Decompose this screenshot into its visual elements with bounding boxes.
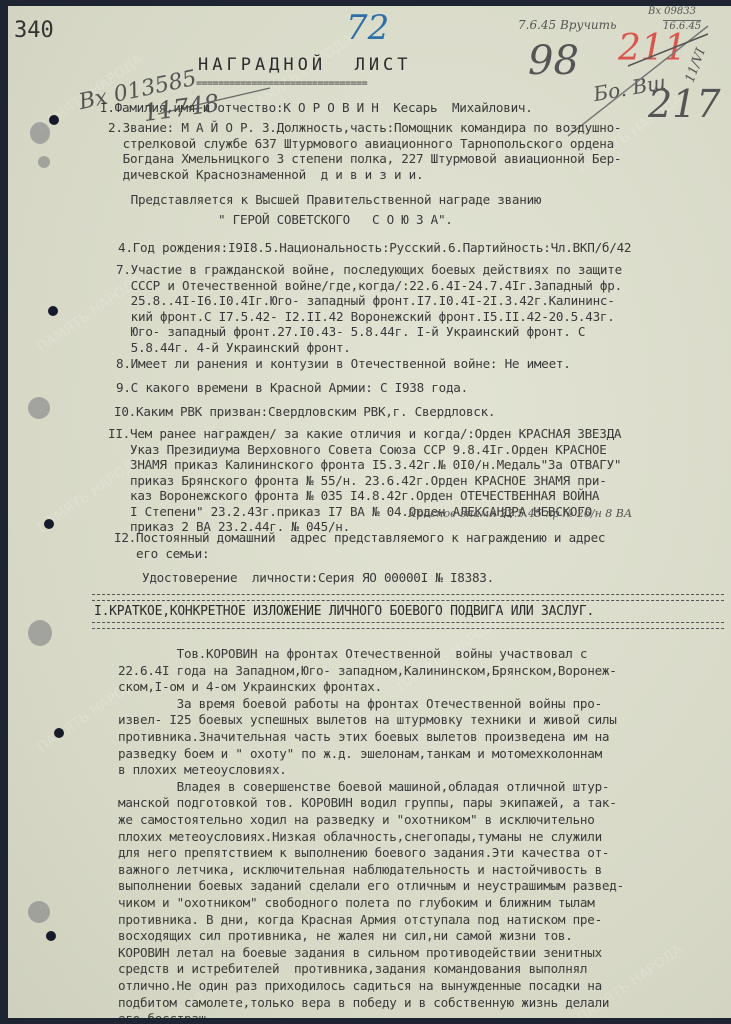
punch-hole <box>48 306 58 316</box>
text-line: Тов.КОРОВИН на фронтах Отечественной вой… <box>118 646 587 661</box>
text-line: противника. В дни, когда Красная Армия о… <box>118 912 602 927</box>
text-line: его семьи: <box>114 546 209 561</box>
handwritten-award-note: Красное знамя 22.5.45 пр № 26/н 8 ВА <box>408 507 632 520</box>
text-line: ЗНАМЯ приказ Калининского фронта I5.3.42… <box>108 457 621 472</box>
text-line: же самостоятельно ходил на разведку и "о… <box>118 812 595 827</box>
text-line: манской подготовкой тов. КОРОВИН водил г… <box>118 795 617 810</box>
text-line: 25.8..4I-I6.I0.4Iг.Юго- западный фронт.I… <box>116 293 615 308</box>
text-line: II.Чем ранее награжден/ за какие отличия… <box>108 426 621 441</box>
text-line: 7.Участие в гражданской войне, последующ… <box>116 262 622 277</box>
text-line: восходящих сил противника, не жалея ни с… <box>118 928 573 943</box>
text-line: в плохих метеоусловиях. <box>118 762 287 777</box>
punch-hole <box>46 931 56 941</box>
document-title: НАГРАДНОЙ ЛИСТ <box>198 58 412 73</box>
text-line: 5.8.44г. 4-й Украинский фронт. <box>116 340 351 355</box>
text-line: I2.Постоянный домашний адрес представляе… <box>114 530 605 545</box>
text-line: Указ Президиума Верховного Совета Союза … <box>108 442 607 457</box>
title-underline: =============================== <box>196 76 367 91</box>
text-line: За время боевой работы на фронтах Отечес… <box>118 696 602 711</box>
text-line: чиком и "охотником" свободного полета по… <box>118 895 595 910</box>
nomination-title: " ГЕРОЙ СОВЕТСКОГО С О Ю З А". <box>218 212 453 227</box>
text-line: подбитом самолете,только вера в победу и… <box>118 995 609 1010</box>
text-line: Владея в совершенстве боевой машиной,обл… <box>118 779 609 794</box>
text-line: противника.Значительная часть этих боевы… <box>118 729 609 744</box>
text-line: Богдана Хмельницкого 3 степени полка, 22… <box>108 151 621 166</box>
text-line: важного летчика, исключительная наблюдат… <box>118 862 602 877</box>
stain <box>28 397 50 419</box>
field-wounds: 8.Имеет ли ранения и контузии в Отечеств… <box>116 356 571 371</box>
nomination-line: Представляется к Высшей Правительственно… <box>116 192 541 207</box>
text-line: Юго- западный фронт.27.I0.43- 5.8.44г. I… <box>116 324 585 339</box>
text-line: 2.Звание: М А Й О Р. 3.Должность,часть:П… <box>108 120 621 135</box>
text-line: 22.6.4I года на Западном,Юго- западном,К… <box>118 663 617 678</box>
text-line: кий фронт.С I7.5.42- I2.II.42 Воронежски… <box>116 309 615 324</box>
section-divider-top <box>92 594 724 601</box>
text-line: КОРОВИН летал на боевые задания в сильно… <box>118 945 602 960</box>
stain <box>28 620 52 646</box>
field-service-since: 9.С какого времени в Красной Армии: С I9… <box>116 380 468 395</box>
field-conscription-office: I0.Каким РВК призван:Свердловским РВК,г.… <box>114 404 495 419</box>
text-line: выполнении боевых заданий сделали его от… <box>118 878 624 893</box>
stain <box>28 901 50 923</box>
text-line: дичевской Краснознаменной д и в и з и и. <box>108 167 423 182</box>
text-line: разведку боем и " охоту" по ж.д. эшелона… <box>118 746 602 761</box>
field-identity-document: Удостоверение личности:Серия ЯО 00000I №… <box>120 570 494 585</box>
text-line: СССР и Отечественной войне/где,когда/:22… <box>116 278 622 293</box>
punch-hole <box>54 728 64 738</box>
punch-hole <box>44 519 54 529</box>
award-sheet-page: ПАМЯТЬ НАРОДА ПАМЯТЬ НАРОДА ПАМЯТЬ НАРОД… <box>8 6 731 1018</box>
field-full-name: I.Фамилия,имя и отчество:К О Р О В И Н К… <box>100 100 533 115</box>
text-line: стрелковой службе 637 Штурмового авиацио… <box>108 136 614 151</box>
text-line: каз Воронежского фронта № 035 I4.8.42г.О… <box>108 488 599 503</box>
text-line: ском,I-ом и 4-ом Украинских фронтах. <box>118 679 382 694</box>
text-line: плохих метеоусловиях.Низкая облачность,с… <box>118 829 602 844</box>
text-line: приказ Брянского фронта № 55/н. 23.6.42г… <box>108 473 607 488</box>
text-line: извел- I25 боевых успешных вылетов на шт… <box>118 712 617 727</box>
text-line: для него препятствием к выполнению боево… <box>118 845 609 860</box>
section-heading: I.КРАТКОЕ,КОНКРЕТНОЕ ИЗЛОЖЕНИЕ ЛИЧНОГО Б… <box>94 604 594 619</box>
text-line: средств и истребителей противника,задани… <box>118 961 587 976</box>
section-divider-bottom <box>92 622 724 629</box>
field-birth-nationality-party: 4.Год рождения:I9I8.5.Национальность:Рус… <box>118 240 631 255</box>
text-line: его бесстраш- <box>118 1011 213 1018</box>
text-line: отлично.Не один раз приходилось садиться… <box>118 978 602 993</box>
